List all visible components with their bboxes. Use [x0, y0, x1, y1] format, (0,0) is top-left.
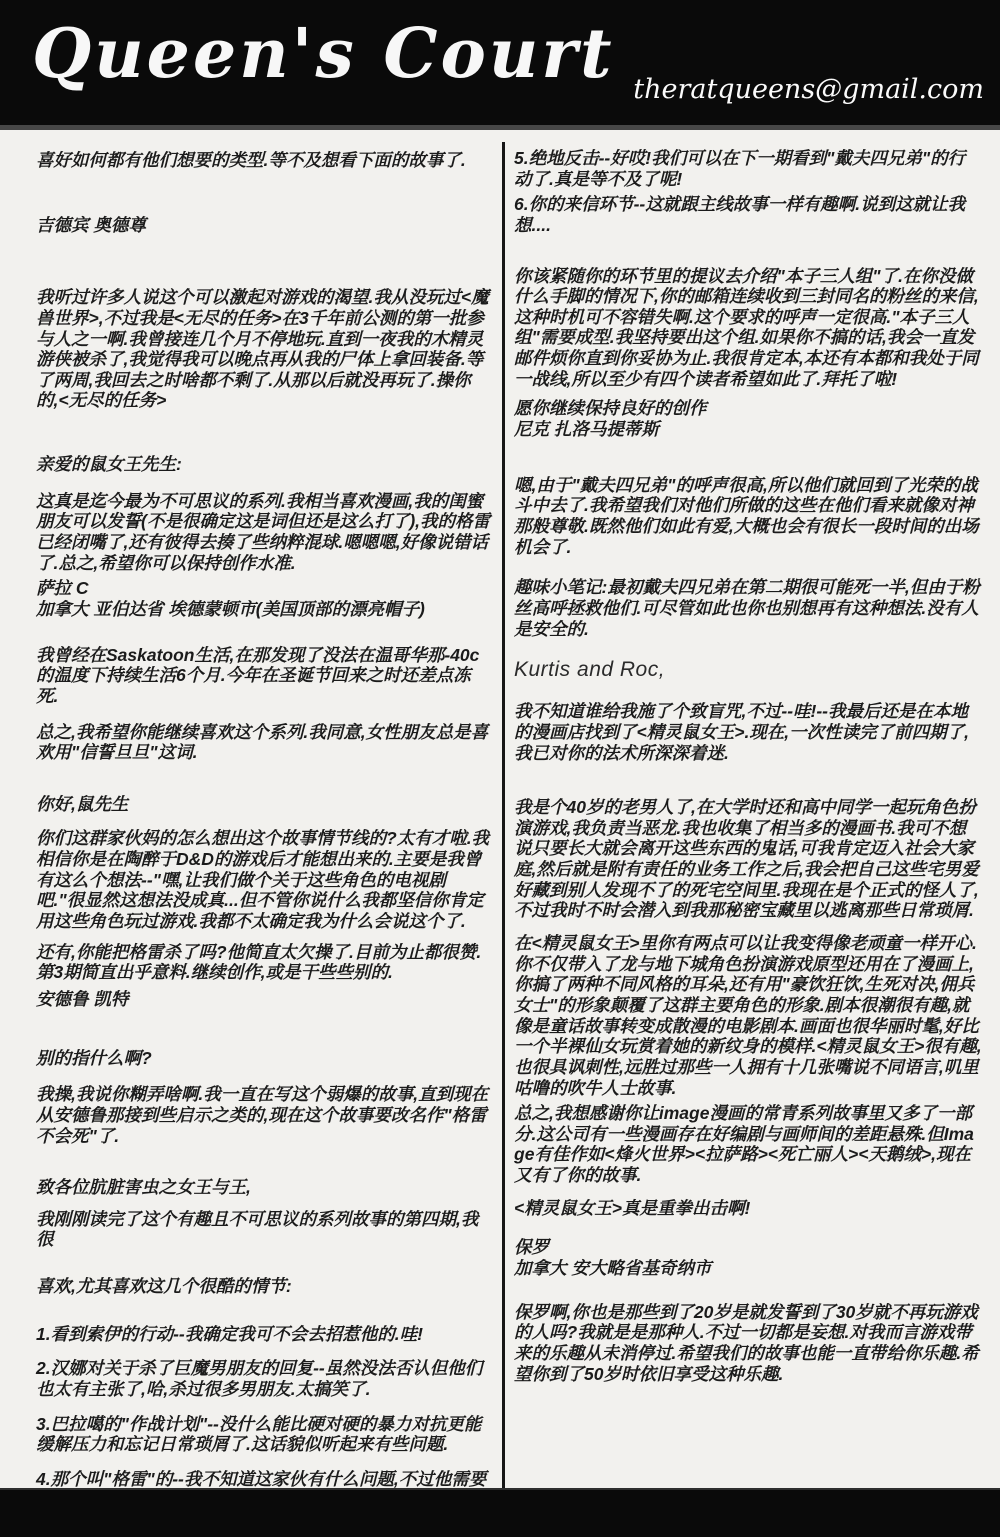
letter-paragraph: 加拿大 安大略省基奇纳市	[514, 1258, 982, 1279]
letter-paragraph: 你们这群家伙妈的怎么想出这个故事情节线的?太有才啦.我相信你是在陶醉于D&D的游…	[36, 828, 490, 931]
letter-paragraph: 致各位肮脏害虫之女王与王,	[36, 1177, 490, 1198]
letter-paragraph: 我刚刚读完了这个有趣且不可思议的系列故事的第四期,我很	[36, 1209, 490, 1250]
letter-paragraph: 嗯,由于"戴夫四兄弟"的呼声很高,所以他们就回到了光荣的战斗中去了.我希望我们对…	[514, 475, 982, 558]
letter-paragraph: 我是个40岁的老男人了,在大学时还和高中同学一起玩角色扮演游戏,我负责当恶龙.我…	[514, 797, 982, 921]
page-footer	[0, 1488, 1000, 1537]
letter-paragraph: 3.巴拉噶的"作战计划"--没什么能比硬对硬的暴力对抗更能缓解压力和忘记日常琐屑…	[36, 1414, 490, 1455]
letter-paragraph: 在<精灵鼠女王>里你有两点可以让我变得像老顽童一样开心.你不仅带入了龙与地下城角…	[514, 933, 982, 1098]
letter-paragraph: 还有,你能把格雷杀了吗?他简直太欠操了.目前为止都很赞.第3期简直出乎意料.继续…	[36, 942, 490, 983]
letter-paragraph: 2.汉娜对关于杀了巨魔男朋友的回复--虽然没法否认但他们也太有主张了,哈,杀过很…	[36, 1358, 490, 1399]
letter-paragraph: 你该紧随你的环节里的提议去介绍"本子三人组"了.在你没做什么手脚的情况下,你的邮…	[514, 266, 982, 390]
letters-column-right: 5.绝地反击--好哎!我们可以在下一期看到"戴夫四兄弟"的行动了.真是等不及了呢…	[514, 146, 982, 1384]
letter-paragraph: 保罗啊,你也是那些到了20岁是就发誓到了30岁就不再玩游戏的人吗?我就是是那种人…	[514, 1302, 982, 1385]
letter-paragraph: 我听过许多人说这个可以激起对游戏的渴望.我从没玩过<魔兽世界>,不过我是<无尽的…	[36, 287, 490, 411]
letter-paragraph: <精灵鼠女王>真是重拳出击啊!	[514, 1198, 982, 1219]
letter-paragraph: 加拿大 亚伯达省 埃德蒙顿市(美国顶部的漂亮帽子)	[36, 599, 490, 620]
letter-paragraph: 我操,我说你糊弄啥啊.我一直在写这个弱爆的故事,直到现在从安德鲁那接到些启示之类…	[36, 1084, 490, 1146]
page-title: Queen's Court	[32, 14, 615, 94]
page-header: Queen's Court theratqueens@gmail.com	[0, 0, 1000, 130]
letters-columns: 喜好如何都有他们想要的类型.等不及想看下面的故事了.吉德宾 奥德尊我听过许多人说…	[0, 130, 1000, 1490]
letter-paragraph: Kurtis and Roc,	[514, 658, 982, 681]
column-divider	[502, 142, 505, 1490]
letter-paragraph: 我曾经在Saskatoon生活,在那发现了没法在温哥华那-40c的温度下持续生活…	[36, 645, 490, 707]
letter-paragraph: 6.你的来信环节--这就跟主线故事一样有趣啊.说到这就让我想....	[514, 194, 982, 235]
letter-paragraph: 趣味小笔记:最初戴夫四兄弟在第二期很可能死一半,但由于粉丝高呼拯救他们.可尽管如…	[514, 577, 982, 639]
letter-paragraph: 保罗	[514, 1237, 982, 1258]
letters-column-left: 喜好如何都有他们想要的类型.等不及想看下面的故事了.吉德宾 奥德尊我听过许多人说…	[36, 146, 490, 1510]
letter-paragraph: 总之,我希望你能继续喜欢这个系列.我同意,女性朋友总是喜欢用"信誓旦旦"这词.	[36, 722, 490, 763]
letter-paragraph: 这真是迄今最为不可思议的系列.我相当喜欢漫画,我的闺蜜朋友可以发誓(不是很确定这…	[36, 491, 490, 574]
letter-paragraph: 1.看到索伊的行动--我确定我可不会去招惹他的.哇!	[36, 1324, 490, 1345]
contact-email: theratqueens@gmail.com	[633, 74, 984, 105]
letter-paragraph: 我不知道谁给我施了个致盲咒,不过--哇!--我最后还是在本地的漫画店找到了<精灵…	[514, 701, 982, 763]
letter-paragraph: 亲爱的鼠女王先生:	[36, 454, 490, 475]
letter-paragraph: 喜欢,尤其喜欢这几个很酷的情节:	[36, 1276, 490, 1297]
letter-paragraph: 别的指什么啊?	[36, 1048, 490, 1069]
letter-paragraph: 喜好如何都有他们想要的类型.等不及想看下面的故事了.	[36, 150, 490, 171]
letters-page: Queen's Court theratqueens@gmail.com 喜好如…	[0, 0, 1000, 1537]
letter-paragraph: 萨拉 C	[36, 578, 490, 599]
letter-paragraph: 安德鲁 凯特	[36, 989, 490, 1010]
letter-paragraph: 你好,鼠先生	[36, 794, 490, 815]
letter-paragraph: 总之,我想感谢你让image漫画的常青系列故事里又多了一部分.这公司有一些漫画存…	[514, 1103, 982, 1186]
letter-paragraph: 愿你继续保持良好的创作	[514, 398, 982, 419]
letter-paragraph: 吉德宾 奥德尊	[36, 215, 490, 236]
letter-paragraph: 尼克 扎洛马提蒂斯	[514, 419, 982, 440]
letter-paragraph: 5.绝地反击--好哎!我们可以在下一期看到"戴夫四兄弟"的行动了.真是等不及了呢…	[514, 148, 982, 189]
